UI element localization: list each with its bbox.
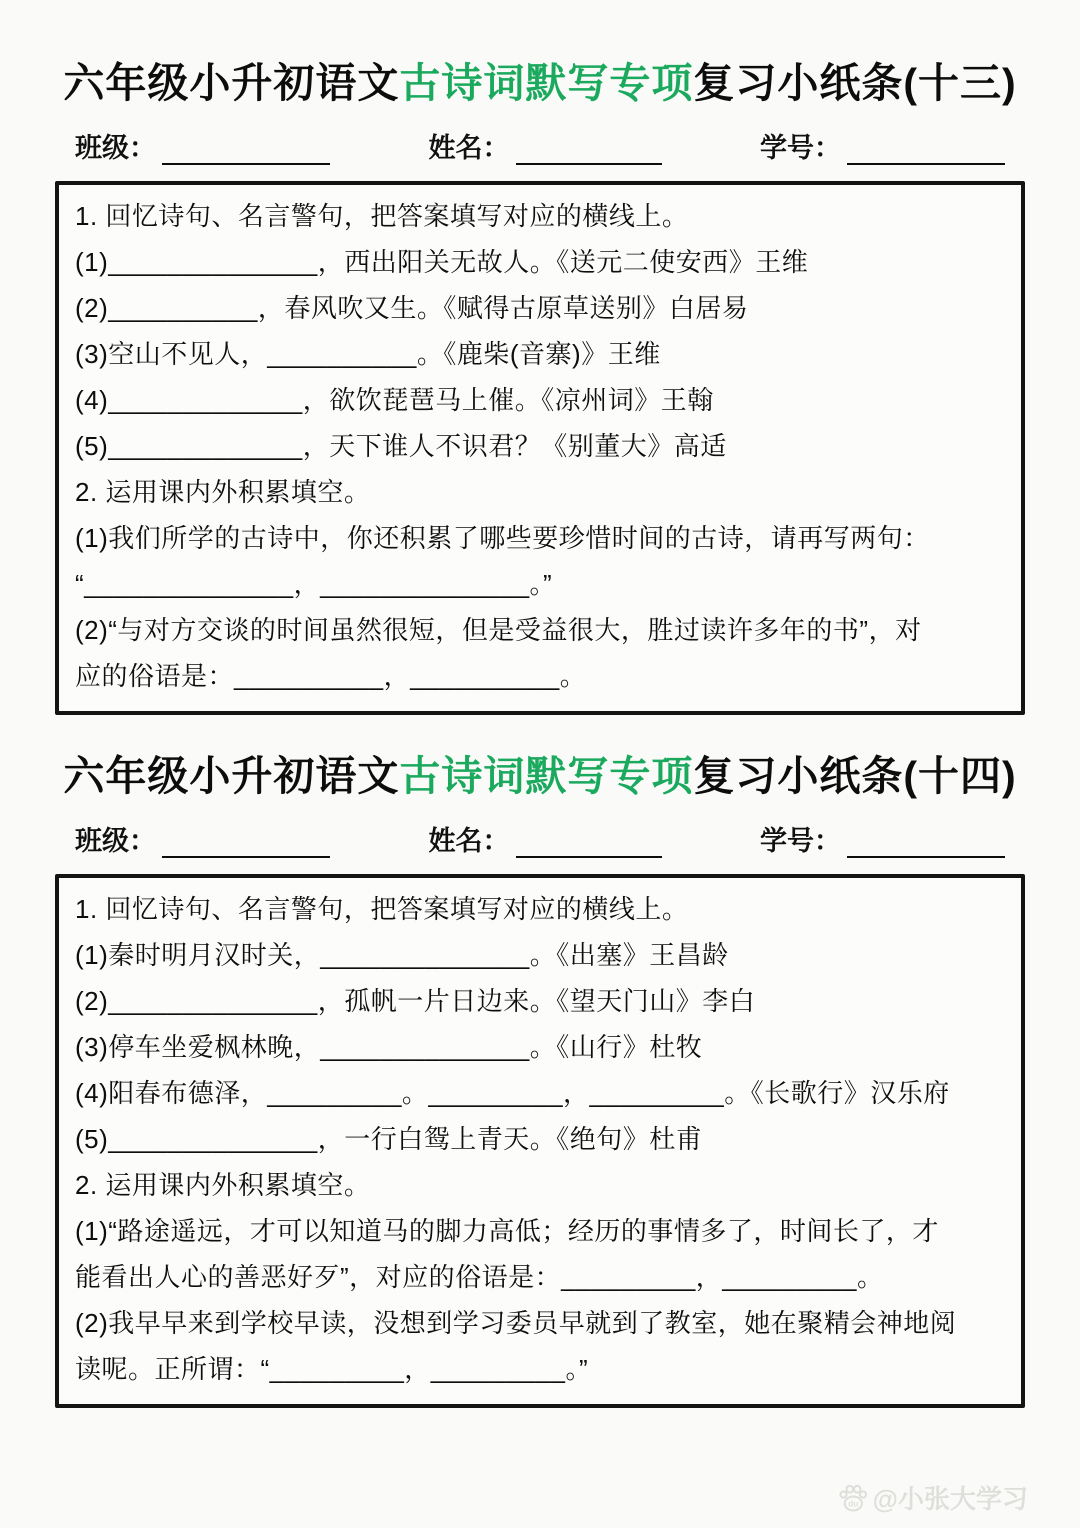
field-name-label: 姓名： [429,126,510,165]
question-line: (4)_____________，欲饮琵琶马上催。《凉州词》王翰 [75,377,1005,423]
field-class: 班级： [75,819,330,858]
worksheet-page: 六年级小升初语文古诗词默写专项复习小纸条(十三) 班级： 姓名： 学号： 1. … [0,0,1080,1408]
baidu-paw-icon: du [837,1482,869,1514]
title-prefix: 六年级小升初语文 [63,60,399,106]
watermark-handle: @小张大学习 [873,1479,1028,1516]
field-student-id-label: 学号： [760,819,841,858]
student-id-blank-line [847,133,1005,165]
page-title: 六年级小升初语文古诗词默写专项复习小纸条(十三) [0,58,1080,108]
title-prefix: 六年级小升初语文 [63,753,399,799]
question-box: 1. 回忆诗句、名言警句，把答案填写对应的横线上。(1)____________… [55,181,1025,715]
watermark: du @小张大学习 [837,1479,1028,1516]
title-suffix: 复习小纸条(十三) [693,60,1016,106]
question-line: 2. 运用课内外积累填空。 [75,469,1005,515]
question-line: (1)我们所学的古诗中，你还积累了哪些要珍惜时间的古诗，请再写两句： [75,515,1005,561]
name-blank-line [516,826,662,858]
student-info-row: 班级： 姓名： 学号： [75,819,1005,858]
title-suffix: 复习小纸条(十四) [693,753,1016,799]
question-line: (4)阳春布德泽，_________。_________，_________。《… [75,1070,1005,1116]
field-student-id: 学号： [760,819,1005,858]
class-blank-line [162,826,330,858]
field-student-id: 学号： [760,126,1005,165]
title-highlight: 古诗词默写专项 [399,60,693,106]
question-line: “______________，______________。” [75,561,1005,607]
question-line: (2)__________，春风吹又生。《赋得古原草送别》白居易 [75,285,1005,331]
question-line: (5)_____________，天下谁人不识君？《别董大》高适 [75,423,1005,469]
field-class-label: 班级： [75,126,156,165]
question-line: 能看出人心的善恶好歹”，对应的俗语是：_________，_________。 [75,1254,1005,1300]
student-id-blank-line [847,826,1005,858]
question-box: 1. 回忆诗句、名言警句，把答案填写对应的横线上。(1)秦时明月汉时关，____… [55,874,1025,1408]
question-line: (1)“路途遥远，才可以知道马的脚力高低；经历的事情多了，时间长了，才 [75,1208,1005,1254]
question-line: (2)我早早来到学校早读，没想到学习委员早就到了教室，她在聚精会神地阅 [75,1300,1005,1346]
question-line: 读呢。正所谓：“_________，_________。” [75,1346,1005,1392]
question-line: (5)______________，一行白鸳上青天。《绝句》杜甫 [75,1116,1005,1162]
question-line: 2. 运用课内外积累填空。 [75,1162,1005,1208]
page-title: 六年级小升初语文古诗词默写专项复习小纸条(十四) [0,751,1080,801]
question-line: 1. 回忆诗句、名言警句，把答案填写对应的横线上。 [75,886,1005,932]
class-blank-line [162,133,330,165]
field-name: 姓名： [429,126,662,165]
worksheet-section-14: 六年级小升初语文古诗词默写专项复习小纸条(十四) 班级： 姓名： 学号： 1. … [0,751,1080,1408]
field-name-label: 姓名： [429,819,510,858]
worksheet-section-13: 六年级小升初语文古诗词默写专项复习小纸条(十三) 班级： 姓名： 学号： 1. … [0,58,1080,715]
question-line: (2)“与对方交谈的时间虽然很短，但是受益很大，胜过读许多年的书”，对 [75,607,1005,653]
svg-text:du: du [848,1498,858,1508]
question-line: (1)______________，西出阳关无故人。《送元二使安西》王维 [75,239,1005,285]
question-line: (3)停车坐爱枫林晚，______________。《山行》杜牧 [75,1024,1005,1070]
field-class: 班级： [75,126,330,165]
name-blank-line [516,133,662,165]
student-info-row: 班级： 姓名： 学号： [75,126,1005,165]
field-student-id-label: 学号： [760,126,841,165]
question-line: 应的俗语是：__________，__________。 [75,653,1005,699]
question-line: (1)秦时明月汉时关，______________。《出塞》王昌龄 [75,932,1005,978]
field-class-label: 班级： [75,819,156,858]
question-line: (2)______________，孤帆一片日边来。《望天门山》李白 [75,978,1005,1024]
field-name: 姓名： [429,819,662,858]
question-line: 1. 回忆诗句、名言警句，把答案填写对应的横线上。 [75,193,1005,239]
title-highlight: 古诗词默写专项 [399,753,693,799]
question-line: (3)空山不见人，__________。《鹿柴(音寨)》王维 [75,331,1005,377]
